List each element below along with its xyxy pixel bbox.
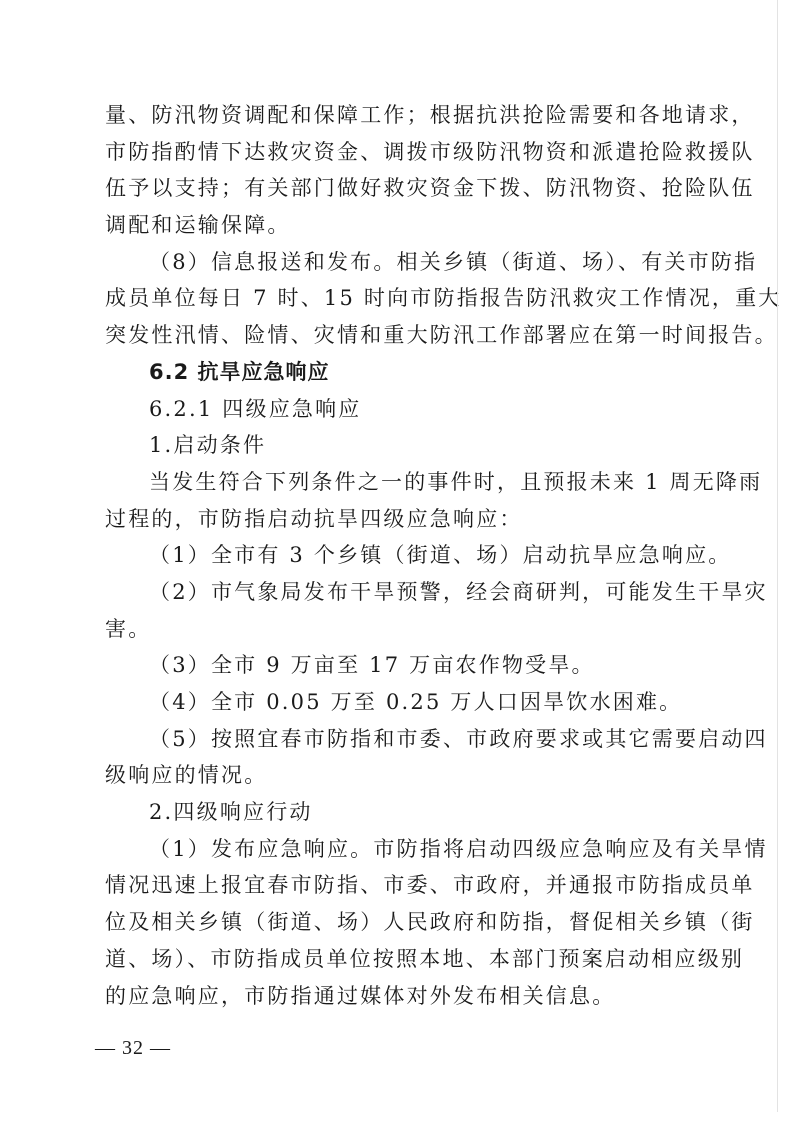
paragraph-line: 伍予以支持；有关部门做好救灾资金下拨、防汛物资、抢险队伍 [105,170,709,207]
paragraph-line: 当发生符合下列条件之一的事件时，且预报未来 1 周无降雨 [105,464,709,501]
item-heading: 2.四级响应行动 [105,794,709,831]
section-heading: 6.2 抗旱应急响应 [105,354,709,391]
scan-edge-line [777,0,778,1112]
paragraph-line: 道、场）、市防指成员单位按照本地、本部门预案启动相应级别 [105,941,709,978]
list-item: （1）发布应急响应。市防指将启动四级应急响应及有关旱情 [105,831,709,868]
document-body: 量、防汛物资调配和保障工作；根据抗洪抢险需要和各地请求， 市防指酌情下达救灾资金… [105,97,709,1014]
paragraph-line: 市防指酌情下达救灾资金、调拨市级防汛物资和派遣抢险救援队 [105,134,709,171]
paragraph-line: 调配和运输保障。 [105,207,709,244]
paragraph-line: 成员单位每日 7 时、15 时向市防指报告防汛救灾工作情况，重大 [105,280,709,317]
subsection-heading: 6.2.1 四级应急响应 [105,391,709,428]
paragraph-line: 过程的，市防指启动抗旱四级应急响应： [105,501,709,538]
paragraph-line: 的应急响应，市防指通过媒体对外发布相关信息。 [105,978,709,1015]
paragraph-line: 情况迅速上报宜春市防指、市委、市政府，并通报市防指成员单 [105,867,709,904]
list-item: （3）全市 9 万亩至 17 万亩农作物受旱。 [105,647,709,684]
list-item: （4）全市 0.05 万至 0.25 万人口因旱饮水困难。 [105,684,709,721]
document-page: 量、防汛物资调配和保障工作；根据抗洪抢险需要和各地请求， 市防指酌情下达救灾资金… [0,0,793,1122]
page-number: — 32 — [95,1037,171,1060]
paragraph-line: （8）信息报送和发布。相关乡镇（街道、场）、有关市防指 [105,244,709,281]
paragraph-line: 害。 [105,611,709,648]
paragraph-line: 量、防汛物资调配和保障工作；根据抗洪抢险需要和各地请求， [105,97,709,134]
paragraph-line: 突发性汛情、险情、灾情和重大防汛工作部署应在第一时间报告。 [105,317,709,354]
list-item: （5）按照宜春市防指和市委、市政府要求或其它需要启动四 [105,721,709,758]
paragraph-line: 级响应的情况。 [105,757,709,794]
item-heading: 1.启动条件 [105,427,709,464]
list-item: （2）市气象局发布干旱预警，经会商研判，可能发生干旱灾 [105,574,709,611]
list-item: （1）全市有 3 个乡镇（街道、场）启动抗旱应急响应。 [105,537,709,574]
paragraph-line: 位及相关乡镇（街道、场）人民政府和防指，督促相关乡镇（街 [105,904,709,941]
